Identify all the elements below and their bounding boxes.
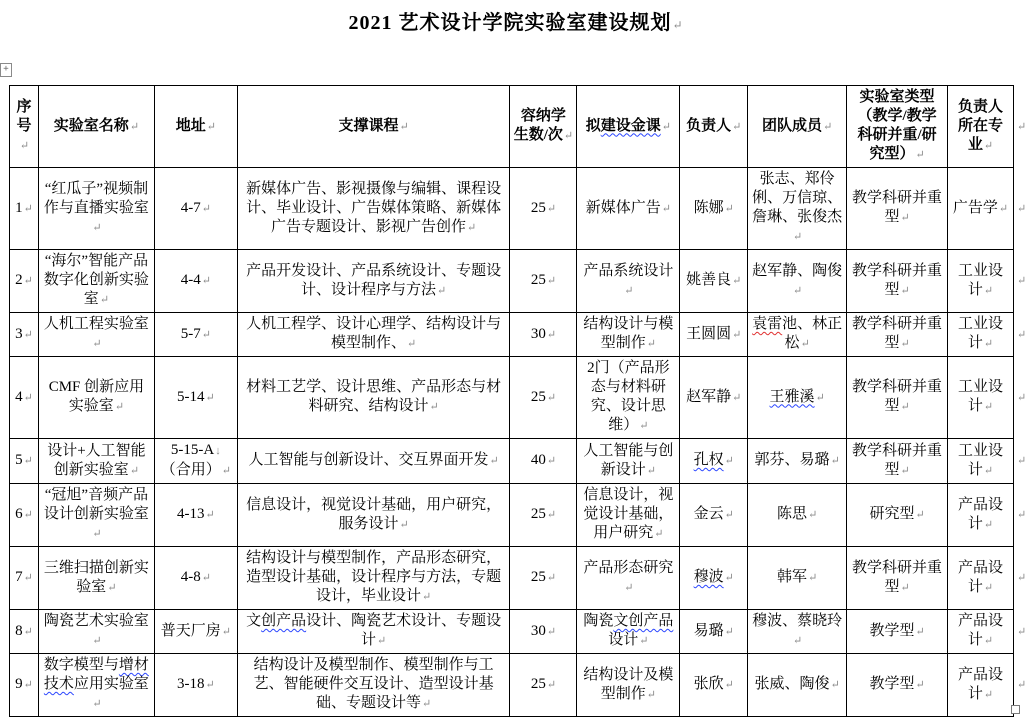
cell-text: 5-14 (177, 389, 205, 405)
cell-text: 工业设计 (958, 443, 1003, 478)
cell-text: 文 (246, 613, 261, 629)
cell-text: 4-8 (181, 569, 201, 585)
cell-text: 新媒体广告 (586, 200, 661, 216)
cell-text: 王雅溪 (770, 389, 815, 405)
cell-end-mark: ↵ (807, 572, 817, 584)
cell-end-mark: ↵ (731, 275, 741, 287)
cell-text: 姚善良 (686, 272, 731, 288)
cell-capacity: 25↵ (510, 250, 577, 313)
cell-no: 7↵ (10, 547, 39, 610)
header-leader_major: 负责人所在专业↵ (948, 86, 1014, 168)
cell-gold_course: 2门（产品形态与材料研究、设计思维）↵ (577, 357, 680, 439)
cell-end-mark: ↵ (899, 338, 909, 350)
row-end-mark: ↵ (1013, 86, 1031, 168)
cell-text: 负责人 (686, 118, 731, 134)
row-end-mark-glyph: ↵ (1016, 121, 1026, 133)
cell-end-mark: ↵ (23, 679, 33, 691)
cell-text: 5 (15, 452, 23, 468)
cell-no: 3↵ (10, 313, 39, 357)
cell-end-mark: ↵ (731, 329, 741, 341)
cell-text: 陈思 (777, 506, 807, 522)
cell-gold_course: 结构设计及模型制作↵ (577, 654, 680, 717)
cell-leader: 王圆圆↵ (680, 313, 748, 357)
cell-end-mark: ↵ (546, 455, 556, 467)
cell-text: 4-4 (181, 272, 201, 288)
cell-team: 袁雷池、林正松↵ (748, 313, 847, 357)
cell-team: 赵军静、陶俊↵ (748, 250, 847, 313)
cell-lab_type: 教学科研并重型↵ (847, 547, 948, 610)
cell-end-mark: ↵ (489, 455, 499, 467)
cell-end-mark: ↵ (546, 572, 556, 584)
cell-end-mark: ↵ (724, 626, 734, 638)
cell-text: 产品开发设计、产品系统设计、专题设计、设计程序与方法 (246, 263, 501, 298)
cell-end-mark: ↵ (724, 679, 734, 691)
table-row: 6↵“冠旭”音频产品设计创新实验室↵4-13↵信息设计，视觉设计基础，用户研究，… (10, 484, 1032, 547)
row-end-mark-glyph: ↵ (1016, 392, 1026, 404)
cell-end-mark: ↵ (406, 338, 416, 350)
cell-text: 池、林正松 (782, 316, 842, 351)
cell-end-mark: ↵ (546, 329, 556, 341)
cell-end-mark: ↵ (546, 509, 556, 521)
cell-end-mark: ↵ (983, 635, 993, 647)
cell-text: 25 (531, 389, 546, 405)
table-body: 1↵“红瓜子”视频制作与直播实验室↵4-7↵新媒体广告、影视摄像与编辑、课程设计… (10, 168, 1032, 717)
cell-gold_course: 新媒体广告↵ (577, 168, 680, 250)
cell-end-mark: ↵ (724, 572, 734, 584)
cell-lab_type: 教学型↵ (847, 654, 948, 717)
row-end-mark-glyph: ↵ (1016, 203, 1026, 215)
cell-capacity: 25↵ (510, 357, 577, 439)
cell-team: 穆波、蔡晓玲↵ (748, 610, 847, 654)
table-row: 1↵“红瓜子”视频制作与直播实验室↵4-7↵新媒体广告、影视摄像与编辑、课程设计… (10, 168, 1032, 250)
row-end-mark-glyph: ↵ (1016, 275, 1026, 287)
cell-capacity: 25↵ (510, 547, 577, 610)
row-end-mark: ↵ (1013, 484, 1031, 547)
cell-gold_course: 信息设计，视觉设计基础，用户研究↵ (577, 484, 680, 547)
cell-text: 文创产品 (613, 613, 673, 629)
cell-text: 产品设计 (958, 560, 1003, 595)
cell-no: 9↵ (10, 654, 39, 717)
cell-text: 金云 (694, 506, 724, 522)
cell-text: 建设金课 (601, 118, 661, 134)
cell-text: 袁雷 (752, 316, 782, 332)
cell-text: 信息设计，视觉设计基础，用户研究，服务设计 (246, 497, 501, 532)
cell-end-mark: ↵ (983, 401, 993, 413)
cell-text: 25 (531, 569, 546, 585)
row-end-mark: ↵ (1013, 313, 1031, 357)
cell-end-mark: ↵ (914, 509, 924, 521)
cell-end-mark: ↵ (800, 338, 810, 350)
cell-end-mark: ↵ (661, 121, 671, 133)
cell-end-mark: ↵ (830, 679, 840, 691)
cell-end-mark: ↵ (638, 420, 648, 432)
cell-text: 设计 (608, 632, 638, 648)
cell-end-mark: ↵ (983, 582, 993, 594)
cell-address: 4-7↵ (154, 168, 237, 250)
cell-text: 8 (15, 623, 23, 639)
cell-text: 易璐 (694, 623, 724, 639)
header-lab_type: 实验室类型（教学/教学科研并重/研究型）↵ (847, 86, 948, 168)
cell-no: 8↵ (10, 610, 39, 654)
cell-end-mark: ↵ (983, 140, 993, 152)
table-row: 8↵陶瓷艺术实验室↵普天厂房↵文创产品设计、陶瓷艺术设计、专题设计↵30↵陶瓷文… (10, 610, 1032, 654)
header-courses: 支撑课程↵ (237, 86, 510, 168)
cell-capacity: 40↵ (510, 439, 577, 484)
cell-lab_type: 教学型↵ (847, 610, 948, 654)
cell-text: 教学科研并重型 (852, 316, 942, 351)
table-header: 序号↵实验室名称↵地址↵支撑课程↵容纳学生数/次↵拟建设金课↵负责人↵团队成员↵… (10, 86, 1032, 168)
cell-leader_major: 广告学↵ (948, 168, 1014, 250)
cell-leader: 易璐↵ (680, 610, 748, 654)
header-row: 序号↵实验室名称↵地址↵支撑课程↵容纳学生数/次↵拟建设金课↵负责人↵团队成员↵… (10, 86, 1032, 168)
cell-text: 30 (531, 326, 546, 342)
cell-text: 地址 (176, 118, 206, 134)
cell-end-mark: ↵ (91, 635, 101, 647)
cell-text: “海尔”智能产品数字化创新实验室 (44, 253, 149, 307)
cell-text: 教学科研并重型 (852, 263, 942, 298)
cell-end-mark: ↵ (792, 635, 802, 647)
cell-leader: 姚善良↵ (680, 250, 748, 313)
cell-text: “冠旭”音频产品设计创新实验室 (44, 487, 149, 522)
cell-text: 教学科研并重型 (852, 560, 942, 595)
cell-end-mark: ↵ (724, 509, 734, 521)
cell-text: 工业设计 (958, 316, 1003, 351)
cell-capacity: 25↵ (510, 168, 577, 250)
cell-end-mark: ↵ (646, 689, 656, 701)
cell-text: 产品形态研究 (583, 560, 673, 576)
cell-address: 5-7↵ (154, 313, 237, 357)
cell-end-mark: ↵ (914, 626, 924, 638)
cell-text: 陶瓷艺术实验室 (44, 613, 149, 629)
row-end-mark: ↵ (1013, 357, 1031, 439)
row-end-mark: ↵ (1013, 168, 1031, 250)
cell-end-mark: ↵ (23, 572, 33, 584)
cell-end-mark: ↵ (201, 329, 211, 341)
cell-text: 5-15-A (171, 442, 214, 458)
cell-team: 郭芬、易璐↵ (748, 439, 847, 484)
cell-text: 穆波、蔡晓玲 (752, 613, 842, 629)
cell-end-mark: ↵ (998, 203, 1008, 215)
cell-end-mark: ↵ (201, 572, 211, 584)
cell-text: 结构设计及模型制作、模型制作与工艺、智能硬件交互设计、造型设计基础、专题设计等 (254, 657, 494, 711)
document-title: 2021 艺术设计学院实验室建设规划↵ (0, 6, 1032, 35)
cell-text: 创产品 (261, 613, 306, 629)
cell-end-mark: ↵ (421, 698, 431, 710)
cell-courses: 文创产品设计、陶瓷艺术设计、专题设计↵ (237, 610, 510, 654)
cell-address: 普天厂房↵ (154, 610, 237, 654)
cell-text: 产品设计 (958, 667, 1003, 702)
cell-capacity: 30↵ (510, 313, 577, 357)
cell-text: 赵军静 (686, 389, 731, 405)
cell-gold_course: 陶瓷文创产品设计↵ (577, 610, 680, 654)
cell-name: “海尔”智能产品数字化创新实验室↵ (38, 250, 154, 313)
cell-text: 广告学 (953, 200, 998, 216)
cell-text: 三维扫描创新实验室 (44, 560, 149, 595)
cell-address: 3-18↵ (154, 654, 237, 717)
cell-end-mark: ↵ (983, 689, 993, 701)
cell-no: 1↵ (10, 168, 39, 250)
cell-team: 张威、陶俊↵ (748, 654, 847, 717)
cell-text: 40 (531, 452, 546, 468)
cell-end-mark: ↵ (99, 294, 109, 306)
cell-end-mark: ↵ (429, 401, 439, 413)
cell-text: 普天厂房 (161, 623, 221, 639)
cell-end-mark: ↵ (221, 626, 231, 638)
cell-text: CMF 创新应用实验室 (49, 379, 144, 414)
cell-end-mark: ↵ (563, 130, 573, 142)
cell-text: 30 (531, 623, 546, 639)
cell-text: 郭芬、易璐 (755, 452, 830, 468)
cell-end-mark: ↵ (899, 401, 909, 413)
cell-text: 设计、陶瓷艺术设计、专题设计 (306, 613, 501, 648)
cell-courses: 产品开发设计、产品系统设计、专题设计、设计程序与方法↵ (237, 250, 510, 313)
cell-end-mark: ↵ (661, 203, 671, 215)
cell-text: 7 (15, 569, 23, 585)
cell-text: 穆波 (694, 569, 724, 585)
cell-leader_major: 产品设计↵ (948, 547, 1014, 610)
header-capacity: 容纳学生数/次↵ (510, 86, 577, 168)
cell-end-mark: ↵ (983, 285, 993, 297)
cell-leader_major: 工业设计↵ (948, 439, 1014, 484)
cell-team: 陈思↵ (748, 484, 847, 547)
cell-text: 拟 (586, 118, 601, 134)
cell-address: 4-4↵ (154, 250, 237, 313)
cell-end-mark: ↵ (914, 679, 924, 691)
paragraph-mark: ↵ (671, 18, 683, 32)
cell-text: 数字模型与 (44, 657, 119, 673)
cell-no: 6↵ (10, 484, 39, 547)
cell-leader: 穆波↵ (680, 547, 748, 610)
cell-text: 25 (531, 676, 546, 692)
cell-leader_major: 产品设计↵ (948, 484, 1014, 547)
cell-text: “红瓜子”视频制作与直播实验室 (44, 181, 149, 216)
cell-end-mark: ↵ (899, 465, 909, 477)
cell-text: 韩军 (777, 569, 807, 585)
cell-address: 4-13↵ (154, 484, 237, 547)
cell-courses: 结构设计及模型制作、模型制作与工艺、智能硬件交互设计、造型设计基础、专题设计等↵ (237, 654, 510, 717)
cell-lab_type: 教学科研并重型↵ (847, 250, 948, 313)
cell-end-mark: ↵ (638, 635, 648, 647)
cell-end-mark: ↵ (731, 392, 741, 404)
cell-courses: 结构设计与模型制作，产品形态研究，造型设计基础，设计程序与方法，专题设计，毕业设… (237, 547, 510, 610)
cell-end-mark: ↵ (983, 338, 993, 350)
cell-name: 三维扫描创新实验室↵ (38, 547, 154, 610)
cell-end-mark: ↵ (91, 528, 101, 540)
cell-end-mark: ↵ (830, 455, 840, 467)
cell-end-mark: ↵ (724, 455, 734, 467)
cell-text: 1 (15, 200, 23, 216)
cell-end-mark: ↵ (792, 231, 802, 243)
cell-end-mark: ↵ (436, 285, 446, 297)
cell-leader_major: 产品设计↵ (948, 610, 1014, 654)
cell-text: 5-7 (181, 326, 201, 342)
cell-text: 研究型 (869, 506, 914, 522)
cell-end-mark: ↵ (731, 121, 741, 133)
cell-end-mark: ↵ (899, 582, 909, 594)
table-row: 7↵三维扫描创新实验室↵4-8↵结构设计与模型制作，产品形态研究，造型设计基础，… (10, 547, 1032, 610)
cell-leader: 张欣↵ (680, 654, 748, 717)
cell-end-mark: ↵ (91, 338, 101, 350)
cell-end-mark: ↵ (376, 635, 386, 647)
table-resize-handle[interactable] (1011, 705, 1020, 714)
cell-end-mark: ↵ (201, 203, 211, 215)
cell-end-mark: ↵ (23, 329, 33, 341)
header-team: 团队成员↵ (748, 86, 847, 168)
row-end-mark-glyph: ↵ (1016, 455, 1026, 467)
cell-end-mark: ↵ (23, 509, 33, 521)
cell-text: 结构设计与模型制作，产品形态研究，造型设计基础，设计程序与方法，专题设计，毕业设… (246, 550, 501, 604)
cell-text: 教学科研并重型 (852, 190, 942, 225)
cell-courses: 信息设计，视觉设计基础，用户研究，服务设计↵ (237, 484, 510, 547)
cell-end-mark: ↵ (421, 591, 431, 603)
cell-end-mark: ↵ (399, 519, 409, 531)
cell-lab_type: 研究型↵ (847, 484, 948, 547)
header-no: 序号↵ (10, 86, 39, 168)
cell-courses: 新媒体广告、影视摄像与编辑、课程设计、毕业设计、广告媒体策略、新媒体广告专题设计… (237, 168, 510, 250)
cell-end-mark: ↵ (653, 528, 663, 540)
line-break-mark: ↓ (214, 445, 221, 457)
cell-gold_course: 人工智能与创新设计↵ (577, 439, 680, 484)
cell-team: 王雅溪↵ (748, 357, 847, 439)
cell-end-mark: ↵ (23, 455, 33, 467)
cell-text: 张志、郑伶俐、万信琼、詹琳、张俊杰 (752, 171, 842, 225)
table-move-handle-icon[interactable]: + (0, 63, 12, 77)
cell-end-mark: ↵ (221, 465, 231, 477)
cell-capacity: 25↵ (510, 654, 577, 717)
cell-end-mark: ↵ (546, 626, 556, 638)
cell-end-mark: ↵ (91, 698, 101, 710)
cell-text: 材料工艺学、设计思维、产品形态与材料研究、结构设计 (246, 379, 501, 414)
cell-name: CMF 创新应用实验室↵ (38, 357, 154, 439)
cell-courses: 人工智能与创新设计、交互界面开发↵ (237, 439, 510, 484)
cell-text: 产品设计 (958, 497, 1003, 532)
cell-team: 张志、郑伶俐、万信琼、詹琳、张俊杰↵ (748, 168, 847, 250)
cell-text: 陈娜 (694, 200, 724, 216)
cell-text: 人工智能与创新设计 (583, 443, 673, 478)
cell-end-mark: ↵ (623, 285, 633, 297)
cell-end-mark: ↵ (724, 203, 734, 215)
cell-text: 4-7 (181, 200, 201, 216)
cell-end-mark: ↵ (23, 626, 33, 638)
cell-text: 25 (531, 506, 546, 522)
cell-end-mark: ↵ (91, 222, 101, 234)
cell-capacity: 25↵ (510, 484, 577, 547)
cell-end-mark: ↵ (546, 275, 556, 287)
cell-lab_type: 教学科研并重型↵ (847, 168, 948, 250)
row-end-mark-glyph: ↵ (1016, 679, 1026, 691)
cell-text: 张威、陶俊 (755, 676, 830, 692)
row-end-mark-glyph: ↵ (1016, 572, 1026, 584)
cell-end-mark: ↵ (899, 285, 909, 297)
cell-lab_type: 教学科研并重型↵ (847, 357, 948, 439)
cell-leader: 赵军静↵ (680, 357, 748, 439)
cell-end-mark: ↵ (23, 275, 33, 287)
cell-end-mark: ↵ (983, 519, 993, 531)
cell-courses: 材料工艺学、设计思维、产品形态与材料研究、结构设计↵ (237, 357, 510, 439)
header-gold_course: 拟建设金课↵ (577, 86, 680, 168)
table-row: 9↵数字模型与增材技术应用实验室↵3-18↵结构设计及模型制作、模型制作与工艺、… (10, 654, 1032, 717)
cell-text: 实验室名称 (54, 118, 129, 134)
cell-end-mark: ↵ (822, 121, 832, 133)
cell-end-mark: ↵ (129, 465, 139, 477)
lab-plan-table: 序号↵实验室名称↵地址↵支撑课程↵容纳学生数/次↵拟建设金课↵负责人↵团队成员↵… (9, 85, 1032, 717)
cell-end-mark: ↵ (23, 392, 33, 404)
cell-text: 工业设计 (958, 263, 1003, 298)
row-end-mark-glyph: ↵ (1016, 329, 1026, 341)
cell-end-mark: ↵ (206, 121, 216, 133)
cell-text: 赵军静、陶俊 (752, 263, 842, 279)
cell-end-mark: ↵ (19, 140, 29, 152)
cell-text: 陶瓷 (583, 613, 613, 629)
cell-end-mark: ↵ (23, 203, 33, 215)
cell-leader: 金云↵ (680, 484, 748, 547)
cell-text: 9 (15, 676, 23, 692)
table-row: 5↵设计+人工智能创新实验室↵5-15-A↓（合用）↵人工智能与创新设计、交互界… (10, 439, 1032, 484)
cell-text: 工业设计 (958, 379, 1003, 414)
cell-no: 2↵ (10, 250, 39, 313)
cell-leader_major: 工业设计↵ (948, 250, 1014, 313)
cell-gold_course: 产品系统设计↵ (577, 250, 680, 313)
cell-text: 结构设计与模型制作 (583, 316, 673, 351)
cell-end-mark: ↵ (114, 401, 124, 413)
cell-text: 4 (15, 389, 23, 405)
row-end-mark-glyph: ↵ (1016, 509, 1026, 521)
cell-text: 25 (531, 200, 546, 216)
cell-end-mark: ↵ (129, 121, 139, 133)
cell-text: 容纳学生数/次 (514, 108, 566, 143)
row-end-mark: ↵ (1013, 547, 1031, 610)
row-end-mark-glyph: ↵ (1016, 626, 1026, 638)
cell-text: 2门（产品形态与材料研究、设计思维） (587, 360, 670, 433)
table-row: 2↵“海尔”智能产品数字化创新实验室↵4-4↵产品开发设计、产品系统设计、专题设… (10, 250, 1032, 313)
cell-leader: 孔权↵ (680, 439, 748, 484)
cell-text: 孔权 (694, 452, 724, 468)
cell-text: 人机工程学、设计心理学、结构设计与模型制作、 (246, 316, 501, 351)
cell-leader_major: 工业设计↵ (948, 357, 1014, 439)
cell-text: （合用） (161, 462, 221, 478)
cell-end-mark: ↵ (466, 222, 476, 234)
cell-text: 6 (15, 506, 23, 522)
table-row: 4↵CMF 创新应用实验室↵5-14↵材料工艺学、设计思维、产品形态与材料研究、… (10, 357, 1032, 439)
cell-name: 人机工程实验室↵ (38, 313, 154, 357)
cell-end-mark: ↵ (399, 121, 409, 133)
cell-gold_course: 产品形态研究↵ (577, 547, 680, 610)
cell-text: 新媒体广告、影视摄像与编辑、课程设计、毕业设计、广告媒体策略、新媒体广告专题设计… (246, 181, 501, 235)
row-end-mark: ↵ (1013, 439, 1031, 484)
cell-end-mark: ↵ (792, 285, 802, 297)
cell-text: 教学科研并重型 (852, 443, 942, 478)
cell-text: 序号 (16, 99, 31, 134)
cell-address: 5-14↵ (154, 357, 237, 439)
cell-end-mark: ↵ (807, 509, 817, 521)
cell-text: 3 (15, 326, 23, 342)
cell-text: 张欣 (694, 676, 724, 692)
cell-text: 人工智能与创新设计、交互界面开发 (249, 452, 489, 468)
cell-text: 4-13 (177, 506, 205, 522)
cell-capacity: 30↵ (510, 610, 577, 654)
title-text: 2021 艺术设计学院实验室建设规划 (348, 12, 671, 34)
cell-end-mark: ↵ (983, 465, 993, 477)
cell-end-mark: ↵ (204, 679, 214, 691)
cell-text: 团队成员 (762, 118, 822, 134)
cell-text: 25 (531, 272, 546, 288)
cell-end-mark: ↵ (546, 679, 556, 691)
row-end-mark: ↵ (1013, 250, 1031, 313)
cell-text: 负责人所在专业 (958, 99, 1003, 153)
table-row: 3↵人机工程实验室↵5-7↵人机工程学、设计心理学、结构设计与模型制作、↵30↵… (10, 313, 1032, 357)
cell-team: 韩军↵ (748, 547, 847, 610)
cell-text: 2 (15, 272, 23, 288)
